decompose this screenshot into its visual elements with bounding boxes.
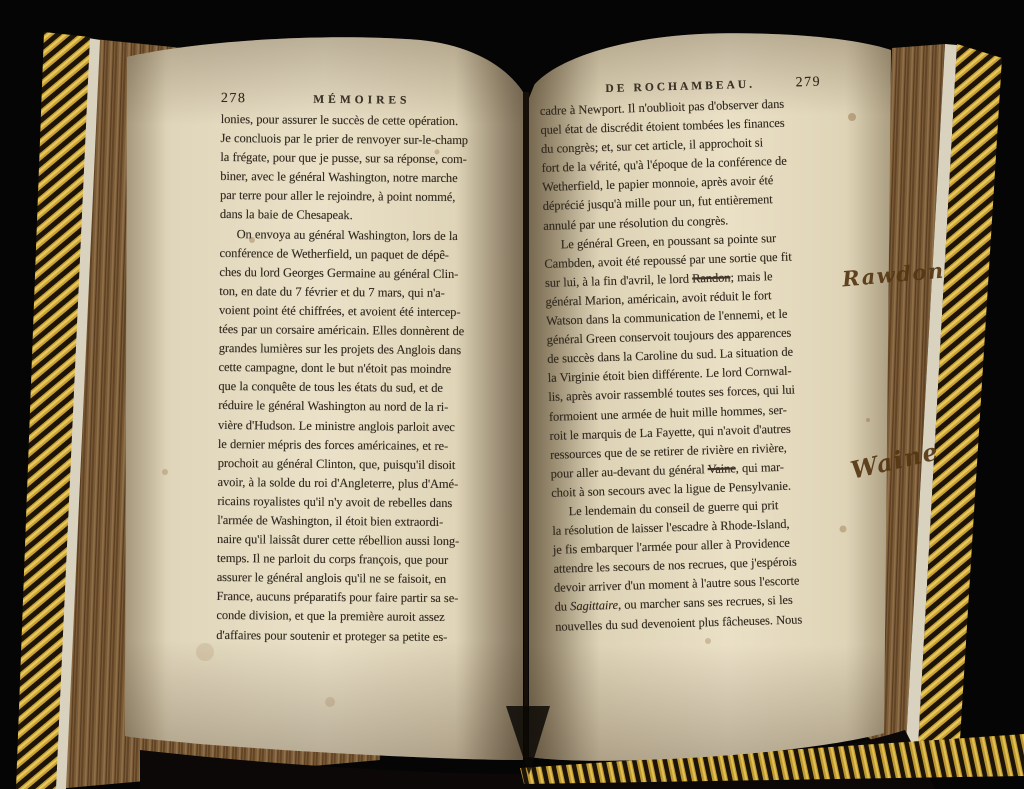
text-line: ricains royalistes qu'il n'y avoit de re… [217,492,499,514]
text-line: l'armée de Washington, il étoit bien ext… [217,511,499,533]
text-line: biner, avec le général Washington, notre… [220,167,502,189]
italic-word: Sagittaire [570,598,618,613]
struck-word: Randon [692,270,731,285]
left-page-number: 278 [221,89,277,109]
text-line: que la conquête de tous les états du sud… [218,377,500,399]
text-line: ches du lord Georges Germaine au général… [219,263,501,285]
gutter-seam [523,92,529,758]
text-line: naire qu'il laissât durer cette rébellio… [217,530,499,552]
text-line: tées par un corsaire américain. Elles do… [219,320,501,342]
text-line: prochoit au général Clinton, que, puisqu… [218,454,500,476]
text-line: par terre pour aller le rejoindre, à poi… [220,186,502,208]
right-page-text: cadre à Newport. Il n'oublioit pas d'obs… [540,94,838,637]
left-running-head: 278 MÉMOIRES [221,89,503,107]
text-line: le dernier mépris des forces américaines… [218,435,500,457]
text-line: On envoya au général Washington, lors de… [220,225,502,247]
left-page-text: lonies, pour assurer le succès de cette … [216,110,503,647]
text-line: France, aucuns préparatifs pour faire pa… [216,587,498,609]
text-line: assurer le général anglois qu'il ne se f… [217,568,499,590]
book-spread-photo: 278 MÉMOIRES lonies, pour assurer le suc… [0,0,1024,789]
text-line: avoir, à la solde du roi d'Angleterre, p… [217,473,499,495]
text-line: conde division, et que la première auroi… [216,606,498,628]
text-line: vière d'Hudson. Le ministre anglois parl… [218,415,500,437]
struck-word: Vaine [708,461,736,476]
text-line: temps. Il ne parloit du corps françois, … [217,549,499,571]
text-line: dans la baie de Chesapeak. [220,205,502,227]
text-line: la frégate, pour que je pusse, sur sa ré… [220,148,502,170]
left-running-title: MÉMOIRES [277,90,447,111]
right-page-number: 279 [765,73,822,94]
text-line: ton, en date du 7 février et du 7 mars, … [219,282,501,304]
book-body-art [0,0,1024,789]
text-line: d'affaires pour soutenir et proteger sa … [216,626,498,648]
right-page: DE ROCHAMBEAU. 279 cadre à Newport. Il n… [539,73,837,637]
text-line: voient point été chiffrées, et avoient é… [219,301,501,323]
left-page: 278 MÉMOIRES lonies, pour assurer le suc… [216,89,503,647]
text-line: réduire le général Washington au nord de… [218,396,500,418]
text-line: lonies, pour assurer le succès de cette … [221,110,503,132]
text-line: Je concluois par le prier de renvoyer su… [220,129,502,151]
text-line: cette campagne, dont le but n'étoit pas … [218,358,500,380]
text-line: grandes lumières sur les projets des Ang… [219,339,501,361]
text-line: conférence de Wetherfield, un paquet de … [219,244,501,266]
